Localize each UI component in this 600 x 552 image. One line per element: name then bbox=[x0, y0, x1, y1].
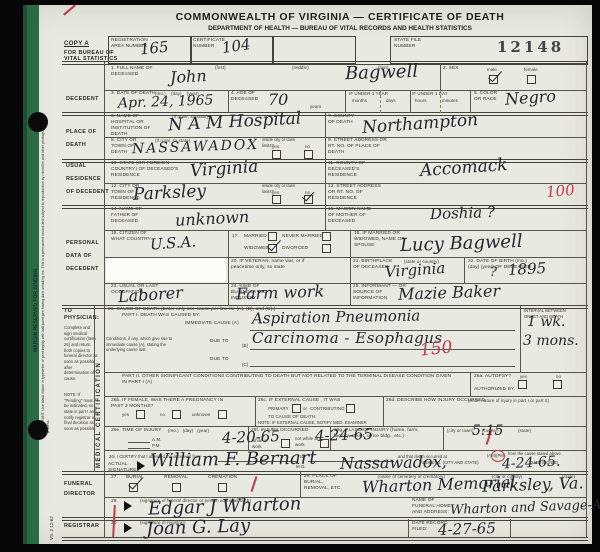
field-1-middle-sublabel: (middle) bbox=[292, 65, 309, 71]
field-12-yes-checkbox bbox=[272, 195, 281, 204]
cell-border bbox=[464, 257, 465, 283]
signature-arrow-icon bbox=[137, 461, 145, 471]
external-primary-label: PRIMARY bbox=[268, 406, 289, 412]
due-to-c-label: (C) bbox=[242, 362, 248, 368]
field-8-yes-label: yes bbox=[272, 144, 279, 150]
row-line bbox=[104, 396, 586, 397]
under-1-day-minutes: minutes bbox=[442, 98, 458, 104]
form-left-border bbox=[104, 62, 105, 538]
pregnancy-no-label: no bbox=[160, 412, 165, 418]
occupation-value: Laborer bbox=[118, 285, 184, 305]
death-time-value: 5:15 bbox=[472, 424, 503, 438]
spouse-name-value: Lucy Bagwell bbox=[400, 233, 523, 255]
section-decedent: DECEDENT bbox=[66, 96, 99, 102]
dob-question-mark: ? bbox=[490, 266, 497, 279]
field-11-label: 11. COUNTY OF DECEASED'S RESIDENCE bbox=[328, 161, 383, 179]
injury-while-checkbox bbox=[281, 439, 290, 448]
divorced-checkbox bbox=[322, 244, 331, 253]
state-file-label: STATE FILE NUMBER bbox=[394, 38, 424, 50]
race-value: Negro bbox=[505, 88, 557, 108]
row-line bbox=[104, 372, 586, 373]
pending-note: NOTE: If "Pending" must be indicated, so… bbox=[64, 392, 98, 432]
external-contributing-checkbox bbox=[346, 404, 355, 413]
field-14-label: 14. NAME OF FATHER OF DECEASED bbox=[111, 207, 156, 225]
date-record-filed-value: 4-27-65 bbox=[438, 521, 496, 538]
form-title: COMMONWEALTH OF VIRGINIA — CERTIFICATE O… bbox=[100, 11, 580, 23]
under-1-day-hours: hours bbox=[415, 98, 426, 104]
punch-hole-bottom bbox=[28, 420, 48, 440]
section-registrar: REGISTRAR bbox=[64, 523, 99, 529]
authorized-by-label: AUTHORIZED BY. bbox=[474, 387, 515, 393]
cause-b-interval: 3 mons. bbox=[523, 334, 579, 348]
field-16-label: 16. CITIZEN OF WHAT COUNTRY bbox=[111, 231, 151, 243]
residence-state-value: Virginia bbox=[189, 159, 258, 181]
section-usual-2: RESIDENCE bbox=[66, 176, 101, 182]
field-8-limits-label: inside city or town limits? bbox=[262, 137, 302, 148]
cell-border bbox=[383, 396, 384, 426]
field-26c-label: 26c. IF EXTERNAL CAUSE , IT WAS bbox=[258, 398, 378, 404]
field-17-never-label: NEVER MARRIED bbox=[282, 234, 323, 240]
external-primary-checkbox bbox=[292, 404, 301, 413]
attended-from-value: 4-20-65 bbox=[222, 429, 280, 446]
field-4-label: 4. AGE OF DECEASED bbox=[231, 91, 265, 103]
cremation-checkbox bbox=[218, 483, 227, 492]
section-usual-3: OF DECEDENT bbox=[66, 189, 109, 195]
industry-value: Farm work bbox=[236, 283, 325, 302]
field-8-no-checkbox bbox=[304, 150, 313, 159]
section-place-2: DEATH bbox=[66, 142, 86, 148]
field-5-label: 5. COLOR OR RACE bbox=[474, 91, 504, 103]
cell-border bbox=[520, 306, 521, 372]
burial-city-value: Parksley, Va. bbox=[482, 475, 584, 495]
state-file-number-stamp: 12148 bbox=[497, 38, 564, 56]
removal-label: REMOVAL bbox=[164, 475, 188, 481]
field-8-yes-checkbox bbox=[272, 150, 281, 159]
field-6-label: 6. NAME OF HOSPITAL OR INSTITUTION OF DE… bbox=[111, 114, 163, 138]
field-20-label: 20. IF VETERAN, name war, or if peacetim… bbox=[231, 259, 311, 271]
field-15-label: 15. MAIDEN NAME OF MOTHER OF DECEASED bbox=[328, 207, 376, 225]
field-26-part1: PART I. DEATH WAS CAUSED BY: bbox=[122, 313, 201, 319]
field-28-label: 28. PLACE OF BURIAL, REMOVAL, ETC. bbox=[304, 474, 350, 492]
field-26e-sub: (mo.) (day) (year) bbox=[168, 428, 209, 434]
sex-female-label: female bbox=[524, 67, 538, 73]
cell-border bbox=[440, 64, 441, 90]
field-17-number: 17. bbox=[232, 234, 239, 240]
actual-signature-label: ACTUAL SIGNATURE bbox=[108, 462, 134, 474]
under-1-year-months: months bbox=[352, 98, 367, 104]
am-line bbox=[128, 442, 150, 443]
funeral-signature-arrow-icon bbox=[124, 501, 132, 511]
first-name-value: John bbox=[170, 68, 207, 86]
last-name-value: Bagwell bbox=[345, 63, 419, 84]
cell-border bbox=[410, 90, 411, 113]
field-2-label: 2. SEX bbox=[443, 66, 459, 72]
certificate-number-value: 104 bbox=[221, 37, 251, 56]
field-10-label: 10. STATE (OR FOREIGN COUNTRY) OF DECEAS… bbox=[111, 161, 191, 179]
binding-margin-text: MARGIN RESERVED FOR BINDING bbox=[34, 126, 39, 352]
medcert-border bbox=[94, 306, 95, 472]
mother-maiden-name-value: Doshia ? bbox=[430, 205, 495, 222]
physician-md-label: M.D. bbox=[296, 464, 306, 470]
cell-border bbox=[325, 113, 326, 206]
immediate-cause-label: IMMEDIATE CAUSE (A) bbox=[185, 321, 239, 327]
cause-b-value: Carcinoma - Esophagus bbox=[252, 331, 443, 346]
cell-border bbox=[325, 206, 326, 230]
dob-year-value: 1895 bbox=[508, 261, 547, 278]
under-1-year-label: IF UNDER 1 YEAR bbox=[349, 91, 388, 97]
field-1-label: 1. FULL NAME OF DECEASED bbox=[111, 66, 153, 78]
field-26e-label: 26e. TIME OF INJURY bbox=[111, 428, 162, 434]
informant-value: Mazie Baker bbox=[398, 283, 501, 303]
cause-a-value: Aspiration Pneumonia bbox=[252, 309, 421, 327]
residence-street-value-red: 100 bbox=[545, 183, 575, 200]
cell-border bbox=[443, 426, 444, 450]
cause-a-interval: 1 wk. bbox=[527, 315, 565, 329]
field-13-label: 13. STREET ADDRESS OR RT. NO. OF RESIDEN… bbox=[328, 184, 388, 202]
section-personal-2: DATA OF bbox=[66, 253, 92, 259]
registrar-signature: Joan G. Lay bbox=[146, 517, 251, 539]
field-26h-city-label: (city or town) bbox=[447, 428, 474, 434]
external-contributing-label: CONTRIBUTING bbox=[310, 406, 345, 412]
autopsy-no-label: no bbox=[556, 374, 561, 380]
cell-border bbox=[345, 90, 346, 113]
field-26h-state-label: (state) bbox=[518, 428, 531, 434]
blank-header-box bbox=[272, 36, 356, 64]
pm-line bbox=[128, 448, 150, 449]
important-margin-text: IMPORTANT: Use black ribbon in typewrite… bbox=[41, 123, 50, 433]
due-to-1-label: DUE TO bbox=[210, 339, 229, 345]
removal-checkbox bbox=[172, 483, 181, 492]
age-years-label: years bbox=[310, 104, 321, 110]
pregnancy-yes-checkbox bbox=[136, 410, 145, 419]
section-personal-1: PERSONAL bbox=[66, 240, 99, 246]
autopsy-yes-checkbox bbox=[518, 380, 527, 389]
red-code-150: 150 bbox=[419, 339, 453, 359]
field-8-no-label: no bbox=[305, 144, 310, 150]
field-27-number: 27. bbox=[111, 475, 118, 481]
scanned-death-certificate: MARGIN RESERVED FOR BINDING IMPORTANT: U… bbox=[0, 0, 600, 552]
to-physician-note: Complete and sign medical certification … bbox=[64, 325, 98, 382]
cell-border bbox=[255, 396, 256, 426]
physician-address-value: Nassawadox, bbox=[340, 454, 447, 472]
section-personal-3: DECEDENT bbox=[66, 266, 99, 272]
form-subtitle: DEPARTMENT OF HEALTH — BUREAU OF VITAL R… bbox=[100, 25, 580, 32]
due-to-b-label: (B) bbox=[242, 343, 248, 349]
field-26b-label: 26b. IF FEMALE, WAS THERE A PREGNANCY IN… bbox=[111, 398, 231, 410]
residence-city-value: Parksley bbox=[133, 183, 207, 204]
pregnancy-unknown-label: unknown bbox=[192, 412, 210, 418]
under-1-day-label: IF UNDER 1 DAY bbox=[412, 91, 448, 97]
autopsy-no-checkbox bbox=[553, 380, 562, 389]
physician-date-signed-value: 4-24-65. bbox=[502, 454, 561, 471]
field-17-divorced-label: DIVORCED bbox=[282, 246, 308, 252]
registrar-signature-arrow-icon bbox=[124, 523, 132, 533]
cell-border bbox=[470, 372, 471, 396]
punch-hole-top bbox=[28, 112, 48, 132]
conditions-note: Conditions, if any, which give rise to i… bbox=[106, 336, 178, 353]
autopsy-label: 26a. AUTOPSY? bbox=[474, 374, 511, 380]
part-2-label: PART II. OTHER SIGNIFICANT CONDITIONS CO… bbox=[122, 374, 452, 386]
redaction-box bbox=[106, 258, 226, 282]
field-17-married-label: MARRIED bbox=[244, 234, 267, 240]
field-12-limits-label: inside city or town limits? bbox=[262, 183, 302, 194]
time-am-label: A.M. bbox=[152, 437, 161, 443]
section-funeral-1: FUNERAL bbox=[64, 481, 93, 487]
never-married-checkbox bbox=[322, 232, 331, 241]
binding-strip-edge bbox=[23, 5, 27, 544]
under-1-year-days: days bbox=[386, 98, 396, 104]
father-name-value: unknown bbox=[175, 209, 250, 229]
city-of-death-value: NASSAWADOX bbox=[132, 138, 259, 156]
birthplace-value: Virginia bbox=[385, 261, 446, 280]
field-17-widowed-label: WIDOWED bbox=[244, 246, 269, 252]
pregnancy-no-checkbox bbox=[172, 410, 181, 419]
section-usual-1: USUAL bbox=[66, 163, 87, 169]
medical-certification-vertical: MEDICAL CERTIFICATION bbox=[96, 308, 102, 468]
sex-female-checkbox bbox=[527, 75, 536, 84]
cremation-label: CREMATION bbox=[208, 475, 237, 481]
autopsy-yes-label: yes bbox=[520, 374, 527, 380]
cell-border bbox=[408, 519, 409, 538]
pregnancy-unknown-checkbox bbox=[218, 410, 227, 419]
form-right-border bbox=[586, 62, 587, 538]
external-l2-label: TO CAUSE OF DEATH. bbox=[268, 414, 316, 420]
due-to-2-label: DUE TO bbox=[210, 357, 229, 363]
cell-border bbox=[350, 230, 351, 306]
age-value: 70 bbox=[268, 92, 288, 108]
section-place-1: PLACE OF bbox=[66, 129, 96, 135]
field-1-first-sublabel: (first) bbox=[215, 65, 226, 71]
external-or-label: or bbox=[303, 406, 307, 412]
divider bbox=[62, 61, 588, 65]
copy-label: COPY A bbox=[64, 41, 89, 48]
time-pm-label: P.M. bbox=[152, 443, 161, 449]
pregnancy-yes-label: yes bbox=[122, 412, 129, 418]
form-number: VS. 2 12-62 bbox=[50, 484, 55, 540]
date-of-death-value: Apr. 24, 1965 bbox=[118, 93, 214, 110]
section-funeral-2: DIRECTOR bbox=[64, 491, 95, 497]
cause-b-line bbox=[250, 349, 515, 350]
attended-to-value: 4-24-65 bbox=[315, 427, 373, 444]
cell-border bbox=[228, 230, 229, 306]
field-9-label: 9. STREET ADDRESS OR RT. NO. OF PLACE OF… bbox=[328, 138, 388, 156]
cause-c-line bbox=[250, 366, 515, 367]
registration-area-value: 165 bbox=[139, 40, 169, 58]
cell-border bbox=[228, 90, 229, 113]
citizen-value: U.S.A. bbox=[150, 234, 197, 252]
field-7-label: 7. COUNTY OF DEATH bbox=[328, 114, 358, 126]
cell-border bbox=[510, 519, 511, 538]
field-26d-hint: (enter nature of injury in part I or par… bbox=[468, 398, 578, 404]
physician-signature: William F. Bernart bbox=[150, 450, 317, 471]
